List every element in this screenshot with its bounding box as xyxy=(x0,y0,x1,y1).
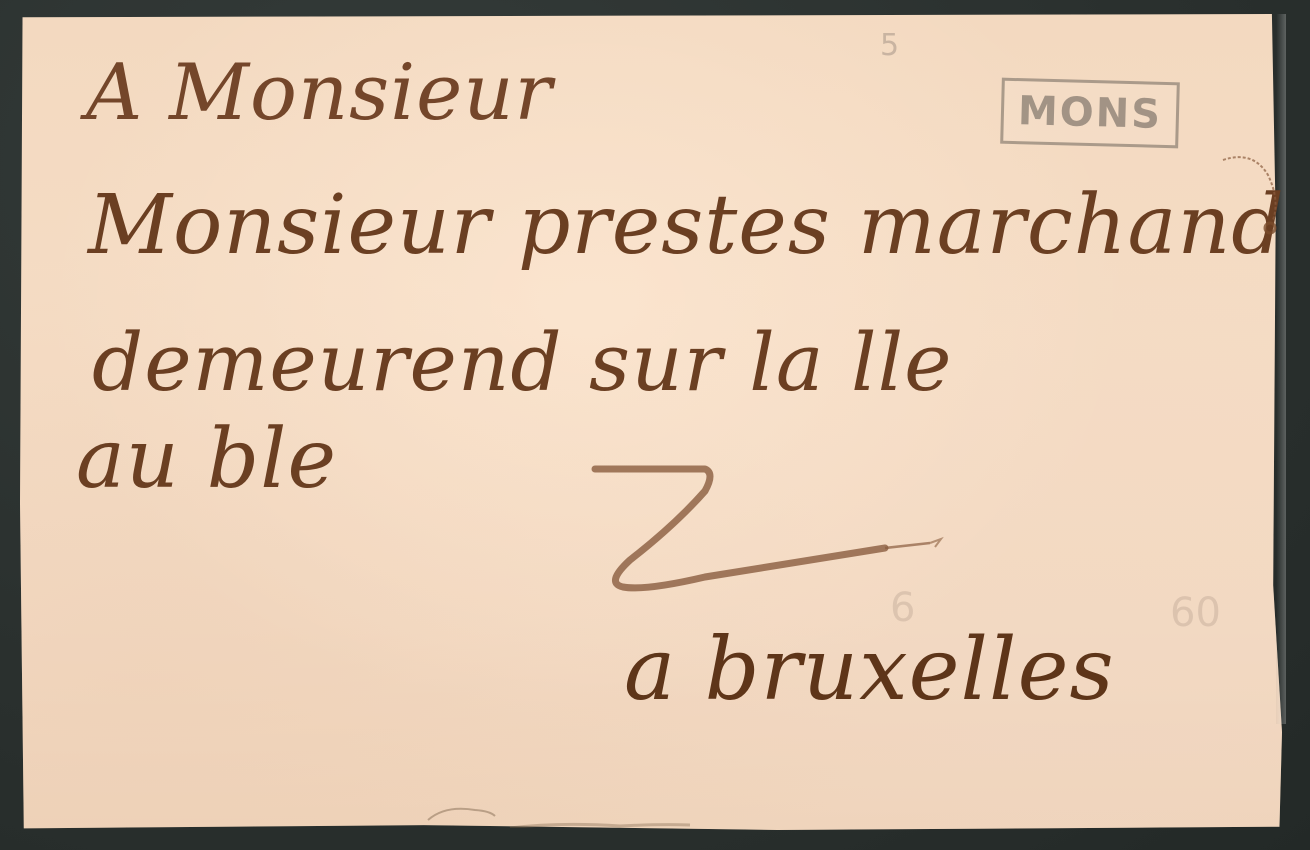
postmark-text: MONS xyxy=(1017,88,1162,138)
pencil-note: 5 xyxy=(880,28,899,63)
address-line-street-cont: au ble xyxy=(76,412,337,507)
address-line-name: Monsieur prestes marchand xyxy=(88,178,1285,273)
ink-flourish xyxy=(1218,150,1288,240)
address-line-street: demeurend sur la lle xyxy=(92,316,953,409)
address-line-city: a bruxelles xyxy=(624,620,1115,720)
address-line-salutation: A Monsieur xyxy=(86,48,553,138)
rate-mark-2 xyxy=(585,455,965,605)
postmark-stamp: MONS xyxy=(1000,78,1180,149)
fold-edge xyxy=(1276,14,1286,724)
pencil-note: 60 xyxy=(1170,590,1221,636)
torn-edge xyxy=(400,800,710,828)
